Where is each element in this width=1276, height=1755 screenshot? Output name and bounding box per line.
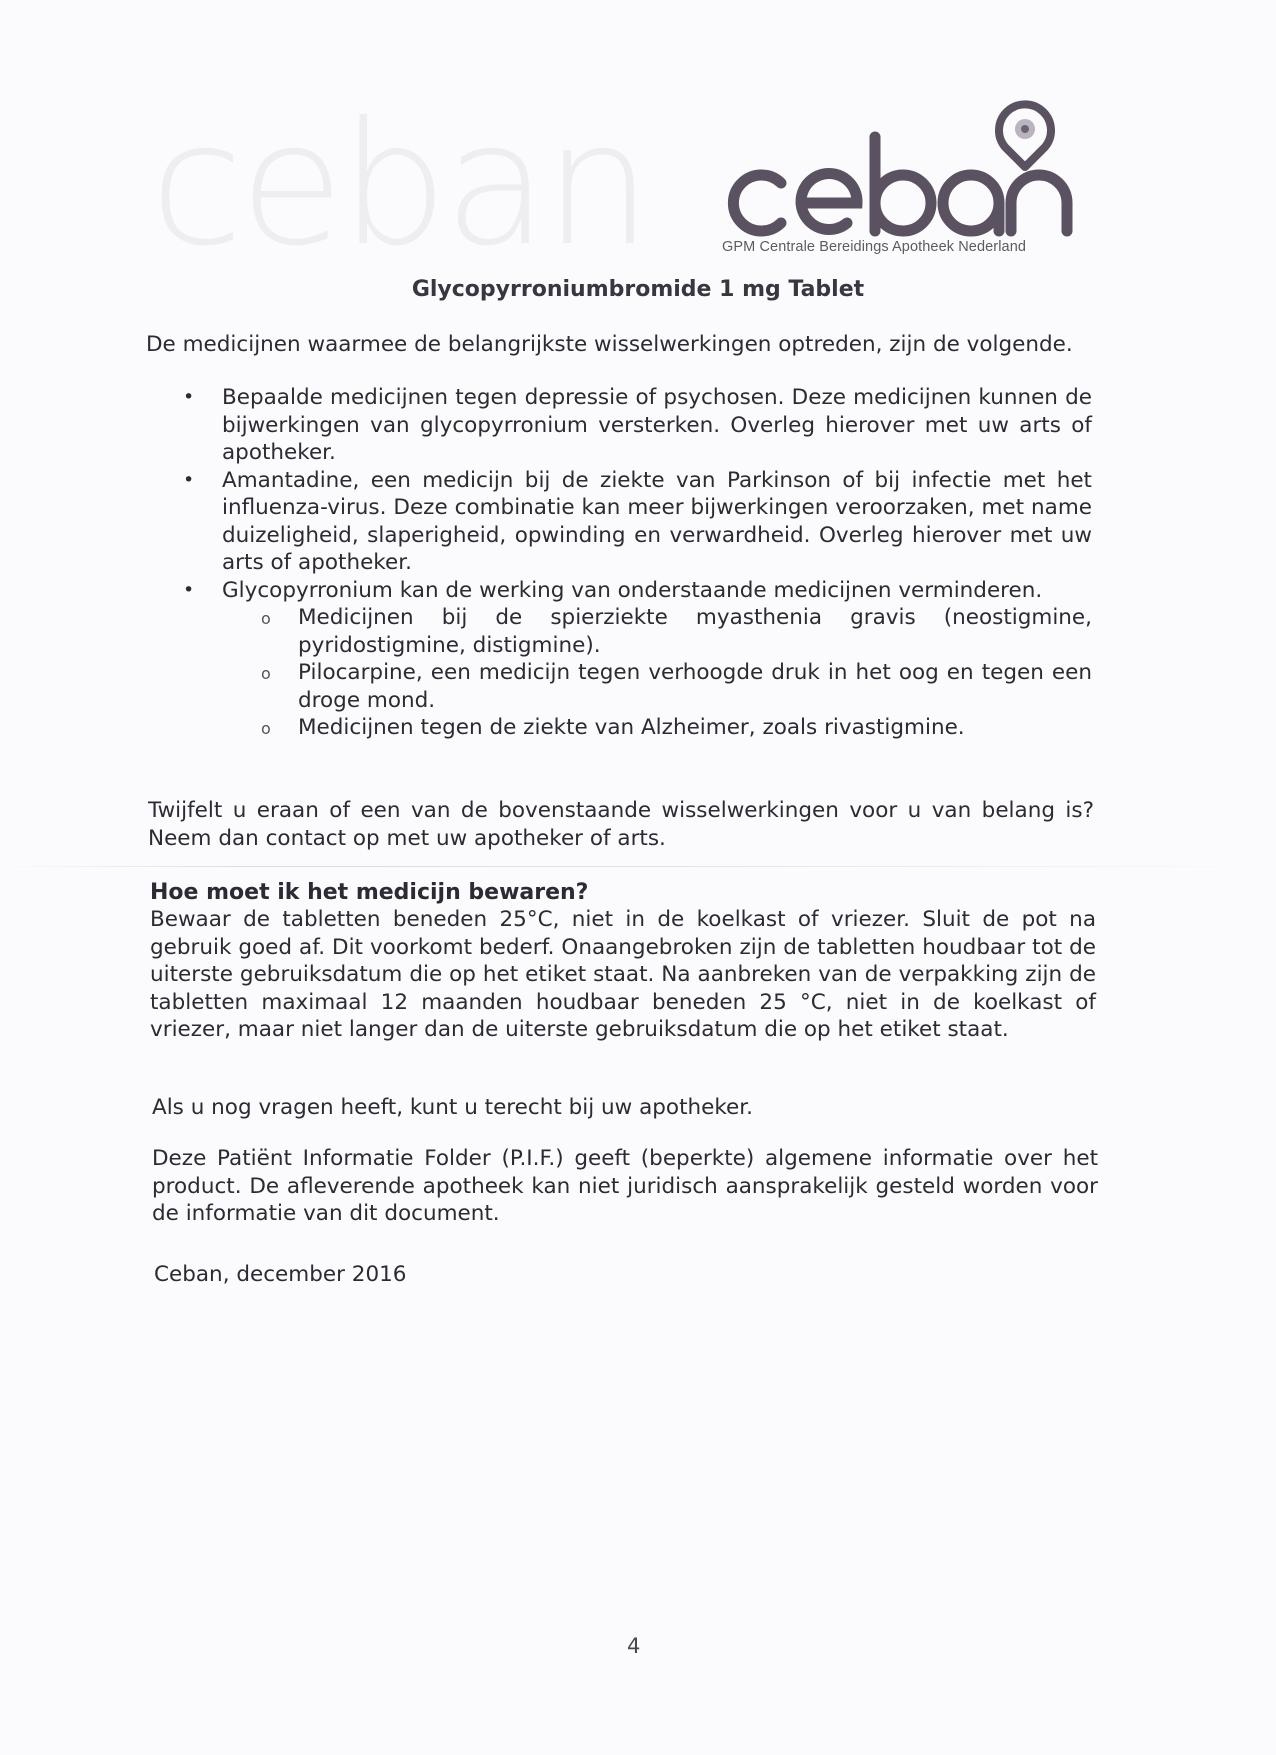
ceban-logo-graphic — [715, 95, 1075, 245]
page-number: 4 — [627, 1634, 640, 1658]
list-item: Bepaalde medicijnen tegen depressie of p… — [146, 384, 1092, 467]
document-title: Glycopyrroniumbromide 1 mg Tablet — [0, 277, 1276, 302]
logo-tagline: GPM Centrale Bereidings Apotheek Nederla… — [722, 239, 1026, 255]
interaction-list: Bepaalde medicijnen tegen depressie of p… — [146, 384, 1092, 742]
list-item: Amantadine, een medicijn bij de ziekte v… — [146, 467, 1092, 577]
sub-list-item: Pilocarpine, een medicijn tegen verhoogd… — [222, 659, 1092, 714]
sub-list-item: Medicijnen bij de spierziekte myasthenia… — [222, 604, 1092, 659]
doubt-paragraph: Twijfelt u eraan of een van de bovenstaa… — [148, 797, 1094, 852]
storage-heading: Hoe moet ik het medicijn bewaren? — [150, 880, 588, 905]
storage-paragraph: Bewaar de tabletten beneden 25°C, niet i… — [150, 906, 1096, 1044]
scan-crease — [0, 866, 1276, 867]
list-item: Glycopyrronium kan de werking van onders… — [146, 577, 1092, 742]
intro-paragraph: De medicijnen waarmee de belangrijkste w… — [146, 331, 1090, 359]
watermark-logo: ceban — [150, 100, 648, 270]
disclaimer-paragraph: Deze Patiënt Informatie Folder (P.I.F.) … — [152, 1145, 1098, 1228]
questions-paragraph: Als u nog vragen heeft, kunt u terecht b… — [152, 1094, 1098, 1122]
sub-list: Medicijnen bij de spierziekte myasthenia… — [222, 604, 1092, 742]
sub-list-item: Medicijnen tegen de ziekte van Alzheimer… — [222, 714, 1092, 742]
signature: Ceban, december 2016 — [154, 1261, 954, 1289]
